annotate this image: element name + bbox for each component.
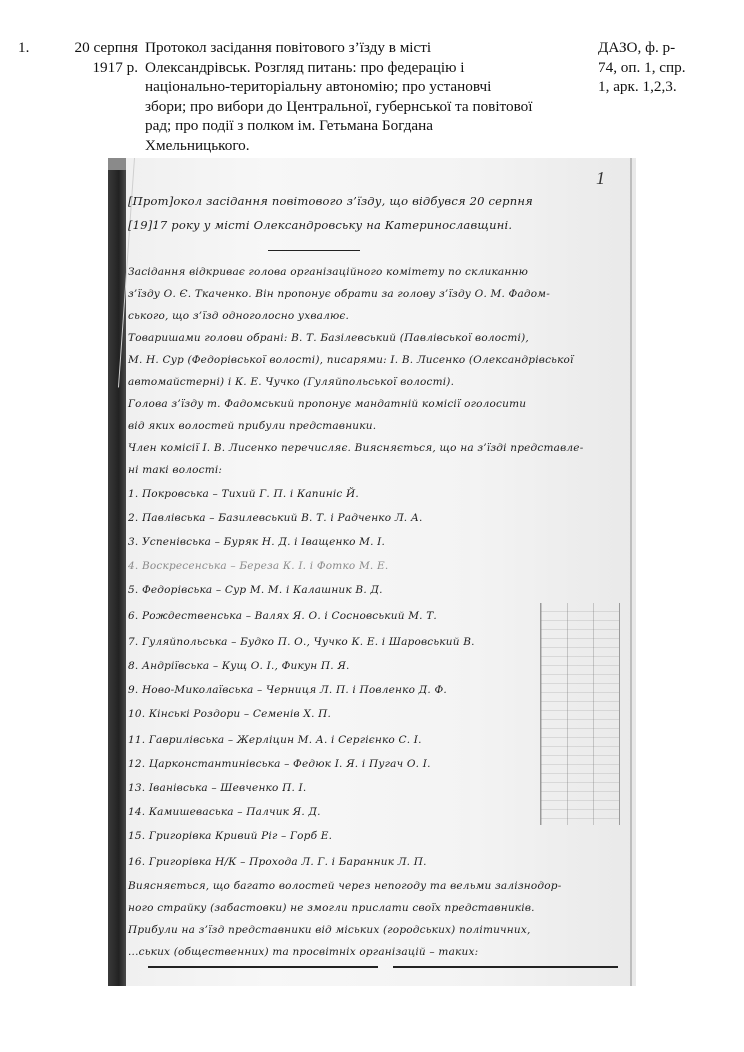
- description-line: рад; про події з полком ім. Гетьмана Бог…: [145, 116, 595, 136]
- handwritten-line: М. Н. Сур (Федорівської волості), писаря…: [128, 354, 628, 366]
- handwritten-line: ні такі волості:: [128, 464, 628, 476]
- volost-list-item: 12. Царконстантинівська – Федюк І. Я. і …: [128, 758, 628, 770]
- description-line: Хмельницького.: [145, 136, 595, 156]
- handwritten-line: Виясняється, що багато волостей через не…: [128, 880, 628, 892]
- reference-line: 1, арк. 1,2,3.: [598, 77, 728, 97]
- handwritten-line: Товаришами голови обрані: В. Т. Базілевс…: [128, 332, 628, 344]
- volost-list-item: 10. Кінські Роздори – Семенів Х. П.: [128, 708, 628, 720]
- handwritten-line: Член комісії І. В. Лисенко перечисляє. В…: [128, 442, 628, 454]
- entry-number: 1.: [18, 38, 29, 58]
- handwritten-line: Прибули на з’їзд представники від міськи…: [128, 924, 628, 936]
- volost-list-item: 5. Федорівська – Сур М. М. і Калашник В.…: [128, 584, 628, 596]
- volost-list-item: 6. Рождественська – Валях Я. О. і Соснов…: [128, 610, 628, 622]
- handwritten-line: [Прот]окол засідання повітового з’їзду, …: [128, 194, 628, 208]
- manuscript-scan: 1 [Прот]окол засідання повітового з’їзду…: [108, 158, 636, 986]
- volost-list-item: 1. Покровська – Тихий Г. П. і Капиніс Й.: [128, 488, 628, 500]
- page-edge: [630, 158, 632, 986]
- table-rule: [393, 966, 618, 968]
- table-rule: [148, 966, 378, 968]
- folio-number: 1: [596, 168, 605, 189]
- entry-description: Протокол засідання повітового з’їзду в м…: [145, 38, 595, 156]
- entry-date: 20 серпня 1917 р.: [36, 38, 138, 77]
- handwritten-line: ного страйку (забастовки) не змогли прис…: [128, 902, 628, 914]
- handwritten-line: Засідання відкриває голова організаційно…: [128, 266, 628, 278]
- volost-list-item: 3. Успенівська – Буряк Н. Д. і Іващенко …: [128, 536, 628, 548]
- handwritten-line: з’їзду О. Є. Ткаченко. Він пропонує обра…: [128, 288, 628, 300]
- handwritten-line: ського, що з’їзд одноголосно ухвалює.: [128, 310, 628, 322]
- handwritten-line: Голова з’їзду т. Фадомський пропонує ман…: [128, 398, 628, 410]
- volost-list-item: 9. Ново-Миколаївська – Черниця Л. П. і П…: [128, 684, 628, 696]
- volost-list-item: 13. Іванівська – Шевченко П. І.: [128, 782, 628, 794]
- volost-list-item: 2. Павлівська – Базилевський В. Т. і Рад…: [128, 512, 628, 524]
- handwritten-line: ...ських (общественних) та просвітніх ор…: [128, 946, 628, 958]
- reference-line: 74, оп. 1, спр.: [598, 58, 728, 78]
- title-underline: [268, 250, 360, 251]
- date-line: 20 серпня: [36, 38, 138, 58]
- description-line: Протокол засідання повітового з’їзду в м…: [145, 38, 595, 58]
- volost-list-item: 4. Воскресенська – Береза К. І. і Фотко …: [128, 560, 628, 572]
- volost-list-item: 7. Гуляйпольська – Будко П. О., Чучко К.…: [128, 636, 628, 648]
- binding-spine: [108, 170, 126, 986]
- volost-list-item: 16. Григорівка Н/К – Прохода Л. Г. і Бар…: [128, 856, 628, 868]
- handwritten-line: автомайстерні) і К. Е. Чучко (Гуляйпольс…: [128, 376, 628, 388]
- description-line: національно-територіальну автономію; про…: [145, 77, 595, 97]
- volost-list-item: 14. Камишеваська – Палчик Я. Д.: [128, 806, 628, 818]
- reference-line: ДАЗО, ф. р-: [598, 38, 728, 58]
- date-line: 1917 р.: [36, 58, 138, 78]
- handwritten-line: [19]17 року у місті Олександровську на К…: [128, 218, 628, 232]
- binding-corner: [108, 158, 126, 170]
- description-line: Олександрівськ. Розгляд питань: про феде…: [145, 58, 595, 78]
- description-line: збори; про вибори до Центральної, губерн…: [145, 97, 595, 117]
- volost-list-item: 8. Андріївська – Кущ О. І., Фикун П. Я.: [128, 660, 628, 672]
- volost-list-item: 11. Гаврилівська – Жерліцин М. А. і Серг…: [128, 734, 628, 746]
- volost-list-item: 15. Григорівка Кривий Ріг – Горб Е.: [128, 830, 628, 842]
- archive-reference: ДАЗО, ф. р- 74, оп. 1, спр. 1, арк. 1,2,…: [598, 38, 728, 97]
- handwritten-line: від яких волостей прибули представники.: [128, 420, 628, 432]
